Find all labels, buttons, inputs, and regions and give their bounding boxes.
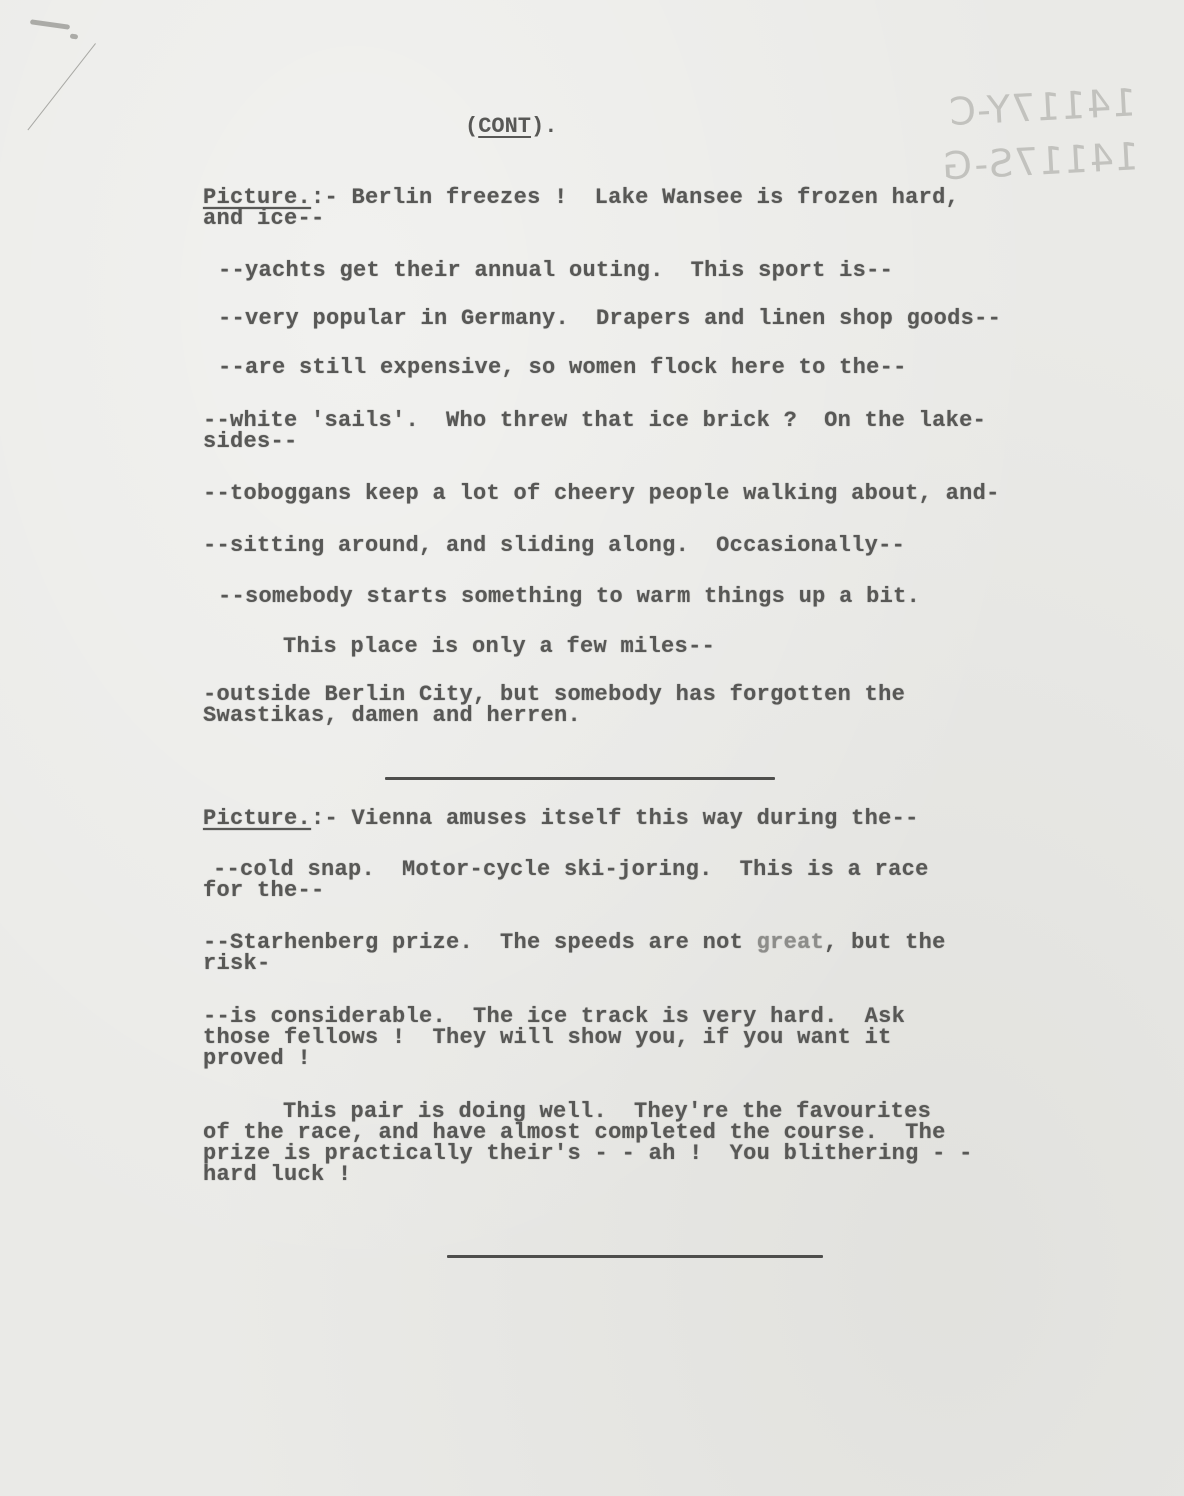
text-line: risk- [203, 953, 271, 975]
heading-cont: CONT [478, 114, 531, 139]
text-line-with-faint-word: --Starhenberg prize. The speeds are not … [203, 932, 946, 954]
corner-smudge [70, 33, 79, 39]
section-divider-rule [385, 777, 775, 780]
text-line: --are still expensive, so women flock he… [218, 357, 907, 379]
text-line: --very popular in Germany. Drapers and l… [218, 308, 1001, 330]
text-line: Swastikas, damen and herren. [203, 705, 581, 727]
handwritten-reference-numbers: 14117Y-C 14117S-G [952, 75, 1140, 192]
page-corner-fold [0, 0, 96, 130]
section2-label: Picture. [203, 806, 311, 831]
text-line: proved ! [203, 1048, 311, 1070]
section2-label-suffix: :- Vienna amuses itself this way during … [311, 806, 919, 831]
handwritten-ref-2: 14117S-G [940, 129, 1140, 193]
continuation-heading: (CONT). [465, 114, 557, 139]
text-line: for the-- [203, 880, 325, 902]
scanned-document-page: 14117Y-C 14117S-G (CONT). Picture.:- Ber… [0, 0, 1184, 1496]
text-line: hard luck ! [203, 1164, 352, 1186]
text-line: --sitting around, and sliding along. Occ… [203, 535, 905, 557]
section2-first-line: Picture.:- Vienna amuses itself this way… [203, 808, 919, 830]
text-line: sides-- [203, 431, 298, 453]
end-divider-rule [447, 1255, 823, 1258]
text-segment: , but the [824, 930, 946, 955]
text-line: This place is only a few miles-- [283, 636, 715, 658]
text-line: --white 'sails'. Who threw that ice bric… [203, 410, 986, 432]
text-line: --somebody starts something to warm thin… [218, 586, 920, 608]
text-line: --yachts get their annual outing. This s… [218, 260, 893, 282]
text-line: --toboggans keep a lot of cheery people … [203, 483, 1000, 505]
text-segment: --Starhenberg prize. The speeds are not [203, 930, 757, 955]
section1-label-suffix: :- Berlin freezes ! Lake Wansee is froze… [311, 185, 959, 210]
faint-word: great [757, 930, 825, 955]
text-line: and ice-- [203, 208, 325, 230]
